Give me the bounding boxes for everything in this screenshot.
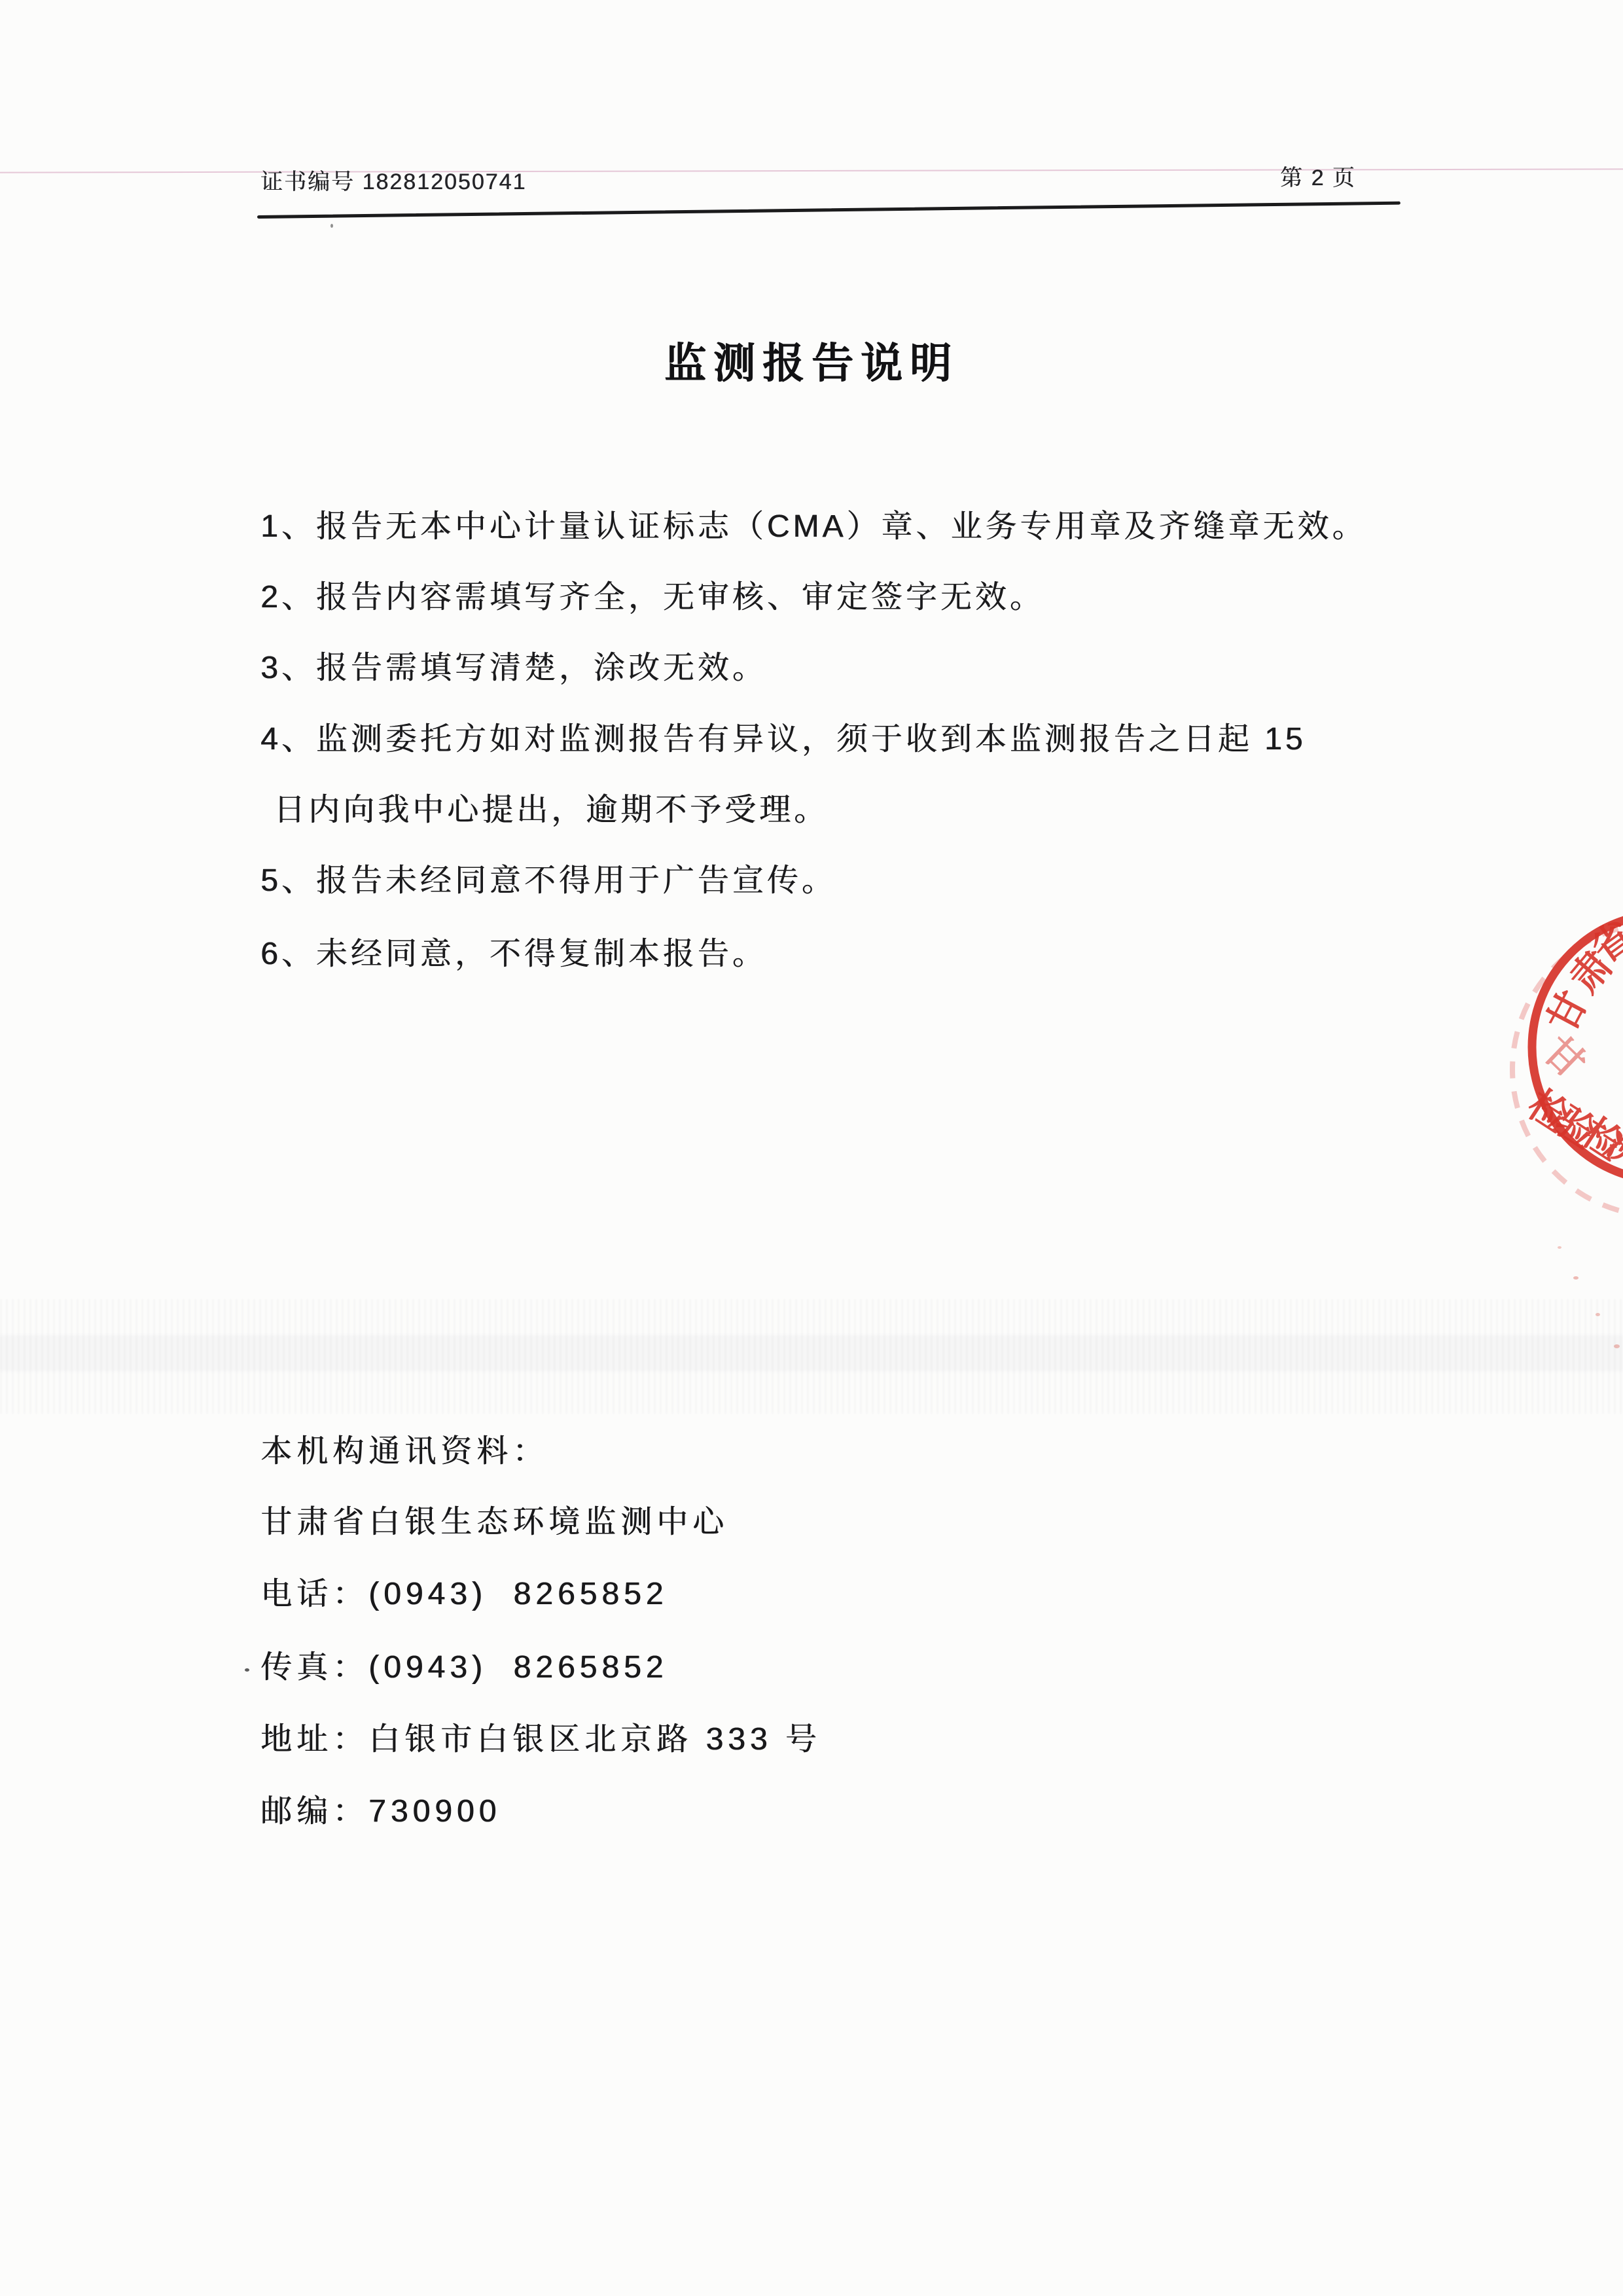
- scanned-report-page: 证书编号 182812050741 第 2 页 监测报告说明 1、报告无本中心计…: [0, 0, 1623, 2296]
- stamp-arc-char: 肃: [1562, 942, 1621, 1001]
- contact-postcode: 邮编：730900: [260, 1785, 501, 1831]
- stamp-outer-ring: [1532, 914, 1623, 1181]
- contact-heading: 本机构通讯资料：: [260, 1426, 548, 1471]
- stamp-arc-char: 省: [1584, 913, 1623, 971]
- page-title: 监测报告说明: [0, 330, 1623, 390]
- contact-organization: 甘肃省白银生态环境监测中心: [260, 1496, 728, 1541]
- scan-speck: [245, 1668, 249, 1672]
- stamp-row-char: 检: [1575, 1110, 1623, 1168]
- note-item-2: 2、报告内容需填写齐全，无审核、审定签字无效。: [260, 571, 1044, 617]
- stamp-ghost-speck: [1573, 1276, 1578, 1280]
- contact-fax: 传真：(0943) 8265852: [260, 1641, 668, 1687]
- contact-phone: 电话：(0943) 8265852: [260, 1568, 668, 1613]
- stamp-row-char: 验: [1548, 1098, 1605, 1157]
- header-rule: [257, 202, 1400, 219]
- note-item-5: 5、报告未经同意不得用于广告宣传。: [260, 855, 836, 900]
- stamp-row-char: 检: [1520, 1082, 1577, 1140]
- page-number: 第 2 页: [1280, 160, 1356, 192]
- stamp-ghost-ring: [1512, 923, 1623, 1216]
- scan-noise-band: [0, 1335, 1623, 1371]
- note-item-4-continued: 日内向我中心提出，逾期不予受理。: [274, 784, 829, 829]
- scan-artifact-line: [0, 168, 1623, 173]
- scan-speck: [330, 224, 333, 228]
- note-item-1: 1、报告无本中心计量认证标志（CMA）章、业务专用章及齐缝章无效。: [260, 501, 1366, 546]
- stamp-ghost-speck: [1614, 1344, 1620, 1348]
- stamp-ghost-speck: [1558, 1246, 1561, 1249]
- note-item-6: 6、未经同意，不得复制本报告。: [260, 928, 767, 973]
- note-item-3: 3、报告需填写清楚，涂改无效。: [260, 642, 767, 687]
- stamp-ghost-speck: [1596, 1313, 1600, 1316]
- certificate-number: 证书编号 182812050741: [260, 164, 526, 196]
- stamp-row-char: 测: [1600, 1121, 1623, 1179]
- note-item-4: 4、监测委托方如对监测报告有异议，须于收到本监测报告之日起 15: [260, 713, 1306, 759]
- stamp-ghost-char: 甘: [1535, 1028, 1594, 1087]
- contact-address: 地址：白银市白银区北京路 333 号: [260, 1713, 821, 1759]
- stamp-arc-char: 甘: [1539, 984, 1596, 1039]
